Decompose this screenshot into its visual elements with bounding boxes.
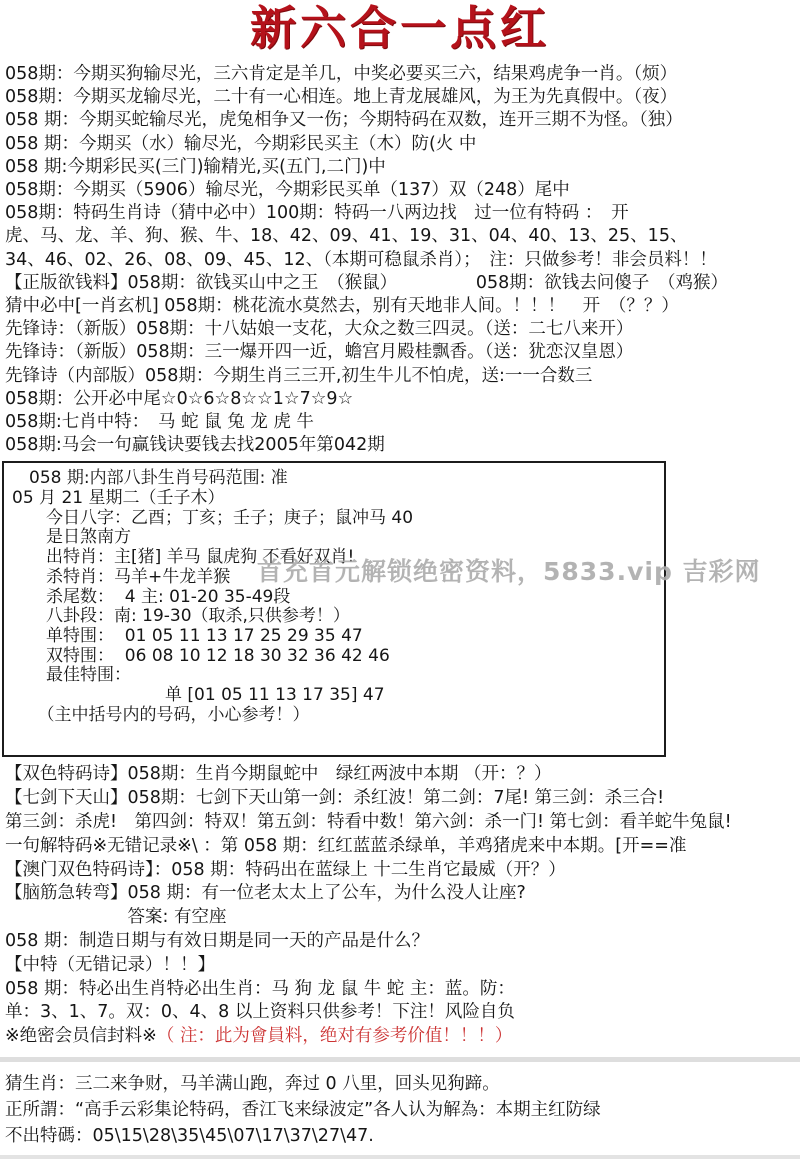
text-line: 058 期：制造日期与有效日期是同一天的产品是什么？ [5, 930, 800, 954]
text-line: 先锋诗：（新版）058期：十八姑娘一支花，大众之数三四灵。（送：二七八来开） [5, 318, 800, 341]
box-line: 出特肖：主[猪] 羊马 鼠虎狗 不看好双肖! [12, 548, 660, 568]
bagua-info-box: 058 期:内部八卦生肖号码范围: 准 05 月 21 星期二（壬子木） 今日八… [2, 461, 666, 757]
text-line: 058期：今期买（5906）输尽光，今期彩民买单（137）双（248）尾中 [5, 179, 800, 202]
text-line: 先锋诗（内部版）058期：今期生肖三三开,初生牛儿不怕虎，送:一一合数三 [5, 365, 800, 388]
text-line: 猜中必中[一肖玄机] 058期：桃花流水莫然去，别有天地非人间。！！！ 开 （？… [5, 295, 800, 318]
footer-section: 猜生肖：三二来争财，马羊满山跑，奔过 0 八里，回头见狗蹄。 正所謂：“高手云彩… [0, 1071, 800, 1149]
box-line: 最佳特围： [12, 666, 660, 686]
box-line: 杀特肖：马羊+牛龙羊猴 [12, 568, 660, 588]
box-line: 05 月 21 星期二（壬子木） [12, 489, 660, 509]
text-line: 猜生肖：三二来争财，马羊满山跑，奔过 0 八里，回头见狗蹄。 [5, 1071, 800, 1097]
box-line: 单特围： 01 05 11 13 17 25 29 35 47 [12, 627, 660, 647]
text-line: 【澳门双色特码诗】：058 期：特码出在蓝绿上 十二生肖它最威（开？） [5, 859, 800, 883]
box-line: 单 [01 05 11 13 17 35] 47 [12, 686, 660, 706]
top-section: 058期：今期买狗输尽光，三六肯定是羊几，中奖必要买三六，结果鸡虎争一肖。（烦）… [0, 63, 800, 457]
text-line: 第三剑：杀虎! 第四剑：特双！第五剑：特看中数！第六剑：杀一门! 第七剑：看羊蛇… [5, 811, 800, 835]
text-line: 【双色特码诗】058期：生肖今期鼠蛇中 绿红两波中本期 （开：？） [5, 763, 800, 787]
text-line: 单：3、1、7。双：0、4、8 以上资料只供参考！下注！风险自负 [5, 1001, 800, 1025]
text-line: 一句解特码※无错记录※\ ：第 058 期：红红蓝蓝杀绿单，羊鸡猪虎来中本期。[… [5, 835, 800, 859]
text-line: 058 期：今期买蛇输尽光，虎兔相争又一伤；今期特码在双数，连开三期不为怪。（独… [5, 109, 800, 132]
text-line: 058期：今期买狗输尽光，三六肯定是羊几，中奖必要买三六，结果鸡虎争一肖。（烦） [5, 63, 800, 86]
section-divider [0, 1057, 800, 1062]
text-line: 正所謂：“高手云彩集论特码，香江飞来绿波定”各人认为解為：本期主红防绿 [5, 1097, 800, 1123]
text-line: 虎、马、龙、羊、狗、猴、牛、18、42、09、41、19、31、04、40、13… [5, 225, 800, 248]
member-note-red-text: （ 注：此为會員料，绝对有参考价值！！！） [157, 1026, 513, 1046]
text-line: 答案: 有空座 [5, 906, 800, 930]
text-line: 058期:七肖中特： 马 蛇 鼠 兔 龙 虎 牛 [5, 411, 800, 434]
box-line: 杀尾数： 4 主: 01-20 35-49段 [12, 588, 660, 608]
secret-envelope-prefix: ※绝密会员信封料※ [5, 1026, 157, 1046]
middle-section: 【双色特码诗】058期：生肖今期鼠蛇中 绿红两波中本期 （开：？） 【七剑下天山… [0, 763, 800, 1049]
text-line: 【正版欲钱料】058期：欲钱买山中之王 （猴鼠） 058期：欲钱去问傻子 （鸡猴… [5, 272, 800, 295]
text-line: 058期：今期买龙输尽光，二十有一心相连。地上青龙展雄风，为王为先真假中。（夜） [5, 86, 800, 109]
text-line: 058期：公开必中尾☆0☆6☆8☆☆1☆7☆9☆ [5, 388, 800, 411]
text-line: 先锋诗：（新版）058期：三一爆开四一近，蟾宫月殿桂飘香。（送：犹恋汉皇恩） [5, 341, 800, 364]
text-line: 【中特（无错记录）！！】 [5, 954, 800, 978]
text-line: 【七剑下天山】058期：七剑下天山第一剑：杀红波！第二剑：7尾! 第三剑：杀三合… [5, 787, 800, 811]
box-line: 八卦段：南: 19-30（取杀,只供参考！） [12, 607, 660, 627]
box-line: 是日煞南方 [12, 528, 660, 548]
box-line: （主中括号内的号码，小心参考！） [12, 706, 660, 726]
box-line: 双特围： 06 08 10 12 18 30 32 36 42 46 [12, 647, 660, 667]
box-line: 058 期:内部八卦生肖号码范围: 准 [12, 469, 660, 489]
page-title: 新六合一点红 [0, 2, 800, 55]
text-line: 34、46、02、26、08、09、45、12、（本期可稳鼠杀肖）； 注：只做参… [5, 249, 800, 272]
text-line: 【脑筋急转弯】058 期：有一位老太太上了公车，为什么没人让座? [5, 882, 800, 906]
text-line: 058 期：今期买（水）输尽光，今期彩民买主（木）防(火 中 [5, 133, 800, 156]
bottom-divider [0, 1155, 800, 1159]
text-line: 058 期:今期彩民买(三门)输精光,买(五门,二门)中 [5, 156, 800, 179]
text-line: 058期:马会一句赢钱诀要钱去找2005年第042期 [5, 434, 800, 457]
secret-envelope-line: ※绝密会员信封料※（ 注：此为會員料，绝对有参考价值！！！） [5, 1025, 800, 1049]
text-line: 058期：特码生肖诗（猜中必中）100期：特码一八两边找 过一位有特码 ： 开 [5, 202, 800, 225]
text-line: 不出特碼：05\15\28\35\45\07\17\37\27\47. [5, 1123, 800, 1149]
text-line: 058 期：特必出生肖特必出生肖：马 狗 龙 鼠 牛 蛇 主：蓝。防： [5, 978, 800, 1002]
tip-sheet-page: 新六合一点红 058期：今期买狗输尽光，三六肯定是羊几，中奖必要买三六，结果鸡虎… [0, 0, 800, 1159]
box-line: 今日八字：乙酉；丁亥；壬子；庚子；鼠冲马 40 [12, 509, 660, 529]
